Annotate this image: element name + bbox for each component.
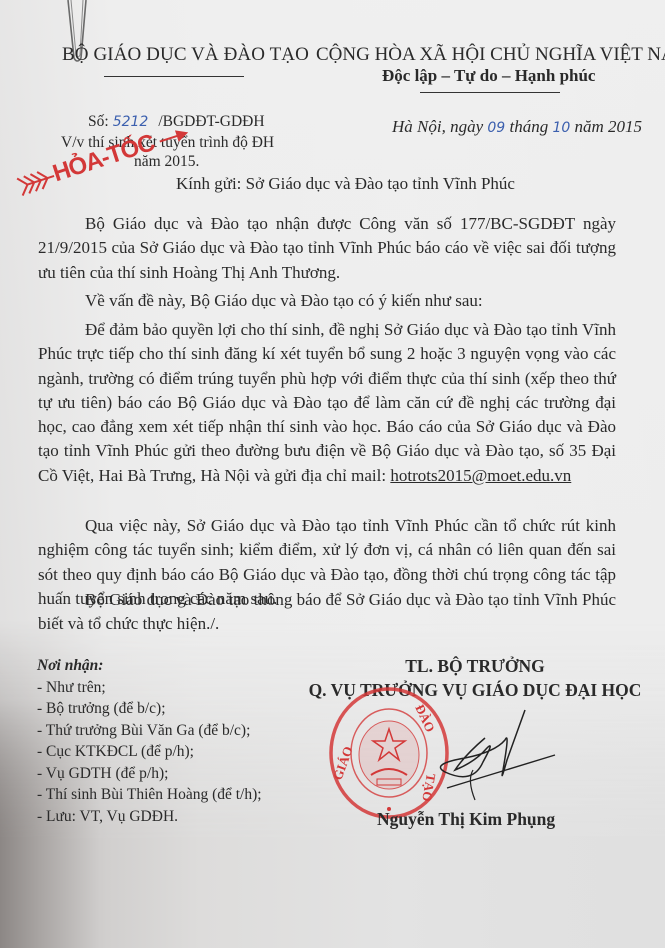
paragraph-5: Bộ Giáo dục và Đào tạo thông báo để Sở G… <box>38 588 616 637</box>
recipient-item: - Thứ trưởng Bùi Văn Ga (để b/c); <box>37 720 262 742</box>
date-prefix: Hà Nội, ngày <box>392 117 483 136</box>
motto-underline <box>420 92 560 93</box>
signature-title-line-1: TL. BỘ TRƯỞNG <box>290 654 660 678</box>
motto: Độc lập – Tự do – Hạnh phúc <box>382 66 595 86</box>
paragraph-2: Về vấn đề này, Bộ Giáo dục và Đào tạo có… <box>38 289 616 313</box>
recipients-list: Nơi nhận: - Như trên; - Bộ trưởng (để b/… <box>37 655 262 827</box>
handwritten-signature-icon <box>425 700 565 810</box>
document-date: Hà Nội, ngày 09 tháng 10 năm 2015 <box>392 117 642 137</box>
recipient-item: - Bộ trưởng (để b/c); <box>37 698 262 720</box>
doc-number-handwritten: 5212 <box>113 114 149 130</box>
date-day: 09 <box>487 120 505 136</box>
recipients-label: Nơi nhận: <box>37 655 262 677</box>
date-month: 10 <box>552 120 570 136</box>
recipient-item: - Vụ GDTH (để p/h); <box>37 763 262 785</box>
recipient-item: - Cục KTKĐCL (để p/h); <box>37 741 262 763</box>
signer-name: Nguyễn Thị Kim Phụng <box>377 809 555 830</box>
date-year: năm 2015 <box>575 117 643 136</box>
paragraph-3-text: Để đảm bảo quyền lợi cho thí sinh, đề ng… <box>38 320 616 485</box>
ministry-underline <box>104 76 244 77</box>
recipient-line: Kính gửi: Sở Giáo dục và Đào tạo tỉnh Vĩ… <box>176 174 515 194</box>
paragraph-5-text: Bộ Giáo dục và Đào tạo thông báo để Sở G… <box>38 588 616 637</box>
document-page: BỘ GIÁO DỤC VÀ ĐÀO TẠO CỘNG HÒA XÃ HỘI C… <box>0 0 665 948</box>
ministry-name: BỘ GIÁO DỤC VÀ ĐÀO TẠO <box>62 44 309 66</box>
email-link[interactable]: hotrots2015@moet.edu.vn <box>390 466 571 485</box>
paragraph-2-text: Về vấn đề này, Bộ Giáo dục và Đào tạo có… <box>38 289 616 313</box>
country-name: CỘNG HÒA XÃ HỘI CHỦ NGHĨA VIỆT NAM <box>316 44 665 66</box>
paragraph-3: Để đảm bảo quyền lợi cho thí sinh, đề ng… <box>38 318 616 488</box>
arrow-fletching-icon <box>14 165 57 198</box>
doc-number-label: Số: <box>88 113 109 130</box>
recipient-item: - Lưu: VT, Vụ GDĐH. <box>37 806 262 828</box>
recipient-item: - Thí sinh Bùi Thiên Hoàng (để t/h); <box>37 784 262 806</box>
paragraph-1: Bộ Giáo dục và Đào tạo nhận được Công vă… <box>38 212 616 285</box>
paragraph-1-text: Bộ Giáo dục và Đào tạo nhận được Công vă… <box>38 212 616 285</box>
arrow-head-icon <box>157 124 190 148</box>
recipient-item: - Như trên; <box>37 677 262 699</box>
date-month-label: tháng <box>509 117 548 136</box>
